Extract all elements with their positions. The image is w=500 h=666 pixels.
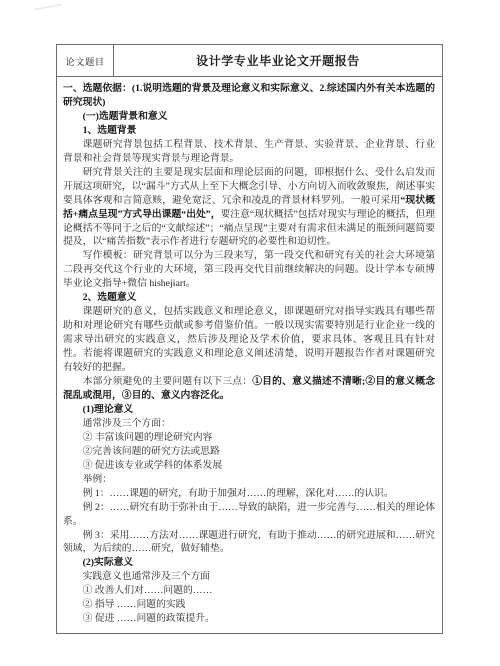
paragraph: (2)实际意义 xyxy=(63,556,435,570)
paragraph: ③ 促进该专业或学科的体系发展 xyxy=(63,459,435,473)
paragraph: (一)选题背景和意义 xyxy=(63,110,435,124)
paragraph: ② 丰富该问题的理论研究内容 xyxy=(63,431,435,445)
paragraph: 通常涉及三个方面： xyxy=(63,417,435,431)
emphasis-text: (一)选题背景和意义 xyxy=(83,111,168,122)
paragraph: 2、选题意义 xyxy=(63,291,435,305)
emphasis-text: (1)理论意义 xyxy=(83,404,134,415)
paragraph: ②完善该问题的研究方法或思路 xyxy=(63,445,435,459)
paragraph: 一、选题依据：(1.说明选题的背景及理论意义和实际意义、2.综述国内外有关本选题… xyxy=(63,82,435,110)
body-text: 举例： xyxy=(83,474,112,485)
body-text: ② 丰富该问题的理论研究内容 xyxy=(83,432,213,443)
paragraph: (1)理论意义 xyxy=(63,403,435,417)
body-text: 研究背景关注的主要是现实层面和理论层面的问题，即根据什么、受什么启发而开展这项研… xyxy=(63,167,435,206)
emphasis-text: 2、选题意义 xyxy=(83,292,137,303)
paragraph: ① 改善人们对……问题的…… xyxy=(63,584,435,598)
paragraph: 举例： xyxy=(63,473,435,487)
body-text: 课题研究背景包括工程背景、技术背景、生产背景、实验背景、企业背景、行业背景和社会… xyxy=(63,139,435,164)
body-text: 例 1：……课题的研究，有助于加强对……的理解，深化对……的认识。 xyxy=(83,488,394,499)
body-text: 通常涉及三个方面： xyxy=(83,418,171,429)
body-text: 例 2：……研究有助于弥补由于……导致的缺陷，进一步完善与……相关的理论体系。 xyxy=(63,502,435,527)
report-table: 论文题目 设计学专业毕业论文开题报告 一、选题依据：(1.说明选题的背景及理论意… xyxy=(56,44,443,634)
body-text: 课题研究的意义，包括实践意义和理论意义，即课题研究对指导实践具有哪些帮助和对理论… xyxy=(63,306,435,373)
document-page: 论文题目 设计学专业毕业论文开题报告 一、选题依据：(1.说明选题的背景及理论意… xyxy=(0,0,500,666)
thesis-title-label: 论文题目 xyxy=(57,45,114,76)
paragraph: 实践意义也通常涉及三个方面 xyxy=(63,570,435,584)
paragraph: 研究背景关注的主要是现实层面和理论层面的问题，即根据什么、受什么启发而开展这项研… xyxy=(63,166,435,250)
paragraph: 例 2：……研究有助于弥补由于……导致的缺陷，进一步完善与……相关的理论体系。 xyxy=(63,501,435,529)
emphasis-text: (2)实际意义 xyxy=(83,557,134,568)
scan-artifact xyxy=(34,4,62,11)
paragraph: 例 1：……课题的研究，有助于加强对……的理解，深化对……的认识。 xyxy=(63,487,435,501)
title-row: 论文题目 设计学专业毕业论文开题报告 xyxy=(57,45,442,77)
emphasis-text: 1、选题背景 xyxy=(83,125,137,136)
paragraph: 写作模板：研究背景可以分为三段来写，第一段交代和研究有关的社会大环境第二段再交代… xyxy=(63,249,435,291)
paragraph: 课题研究的意义，包括实践意义和理论意义，即课题研究对指导实践具有哪些帮助和对理论… xyxy=(63,305,435,375)
body-text: ① 改善人们对……问题的…… xyxy=(83,585,213,596)
paragraph: ② 指导 ……问题的实践 xyxy=(63,598,435,612)
body-text: ③ 促进 ……问题的政策提升。 xyxy=(83,613,215,624)
paragraph: ③ 促进 ……问题的政策提升。 xyxy=(63,612,435,626)
body-text: ②完善该问题的研究方法或思路 xyxy=(83,446,220,457)
body-text: ② 指导 ……问题的实践 xyxy=(83,599,186,610)
paragraph: 课题研究背景包括工程背景、技术背景、生产背景、实验背景、企业背景、行业背景和社会… xyxy=(63,138,435,166)
body-text: 实践意义也通常涉及三个方面 xyxy=(83,571,210,582)
body-text: 例 3：采用……方法对……课题进行研究，有助于推动……的研究进展和……研究领域，… xyxy=(63,530,435,555)
content-area: 一、选题依据：(1.说明选题的背景及理论意义和实际意义、2.综述国内外有关本选题… xyxy=(57,77,442,633)
emphasis-text: 一、选题依据：(1.说明选题的背景及理论意义和实际意义、2.综述国内外有关本选题… xyxy=(63,83,435,108)
paragraph: 例 3：采用……方法对……课题进行研究，有助于推动……的研究进展和……研究领域，… xyxy=(63,529,435,557)
body-text: 写作模板：研究背景可以分为三段来写，第一段交代和研究有关的社会大环境第二段再交代… xyxy=(63,250,435,289)
body-text: ③ 促进该专业或学科的体系发展 xyxy=(83,460,223,471)
body-text: 本部分须避免的主要问题有以下三点： xyxy=(83,376,253,387)
paragraph: 本部分须避免的主要问题有以下三点：①目的、意义描述不清晰;②目的意义概念混乱或混… xyxy=(63,375,435,403)
report-title: 设计学专业毕业论文开题报告 xyxy=(114,45,442,76)
paragraph: 1、选题背景 xyxy=(63,124,435,138)
